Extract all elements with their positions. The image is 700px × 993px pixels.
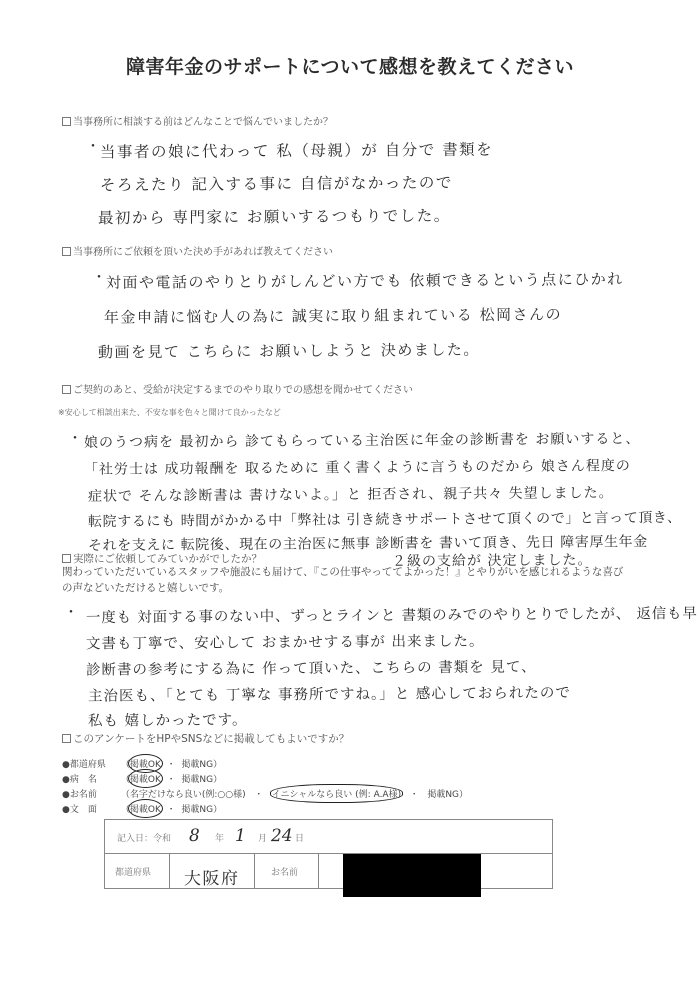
prefecture-label-cell: 都道府県 bbox=[105, 854, 170, 888]
prefecture-value-cell[interactable]: 大阪府 bbox=[170, 854, 255, 888]
date-label: 記入日：令和 bbox=[117, 831, 171, 844]
redacted-name-block bbox=[343, 854, 481, 897]
bullet-icon: ・ bbox=[92, 267, 106, 287]
question-4-description: 関わっていただいているスタッフや施設にも届けて、『この仕事やっててよかった！』と… bbox=[62, 564, 623, 596]
question-2: 当事務所にご依頼を頂いた決め手があれば教えてください bbox=[62, 243, 333, 258]
answer-4-line-2: 文書も丁寧で、安心して おまかせする事が 出来ました。 bbox=[86, 630, 485, 654]
consent-prefecture-ng[interactable]: 掲載NG） bbox=[181, 760, 222, 770]
name-label-cell: お名前 bbox=[255, 854, 319, 888]
answer-3-line-4: 転院するにも 時間がかかる中「弊社は 引き続きサポートさせて頂くので」と言って頂… bbox=[88, 507, 682, 531]
date-year[interactable]: 8 bbox=[189, 826, 201, 846]
bullet-icon: ・ bbox=[68, 428, 82, 448]
consent-disease-ok[interactable]: 掲載OK bbox=[128, 769, 163, 788]
answer-4-line-1: 一度も 対面する事のない中、ずっとラインと 書類のみでのやりとりでしたが、 返信… bbox=[86, 602, 700, 627]
bullet-icon: ・ bbox=[64, 602, 78, 622]
consent-prefecture: ●都道府県 （掲載OK ・ 掲載NG） bbox=[62, 757, 222, 770]
consent-question: このアンケートをHPやSNSなどに掲載してもよいですか？ bbox=[62, 731, 349, 746]
checkbox-icon bbox=[62, 734, 71, 743]
checkbox-icon bbox=[62, 117, 71, 126]
consent-name-ng[interactable]: 掲載NG） bbox=[427, 790, 468, 800]
date-row: 記入日：令和 8 年 1 月 24 日 bbox=[105, 820, 552, 854]
date-month[interactable]: 1 bbox=[235, 826, 247, 846]
answer-1-line-3: 最初から 専門家に お願いするつもりでした。 bbox=[98, 204, 451, 228]
answer-1-line-2: そろえたり 記入する事に 自信がなかったので bbox=[100, 171, 453, 195]
consent-name-initial[interactable]: イニシャルなら良い (例: A.A様) bbox=[270, 784, 403, 803]
checkbox-icon bbox=[62, 247, 71, 256]
checkbox-icon bbox=[62, 554, 71, 563]
consent-text-ng[interactable]: 掲載NG） bbox=[181, 805, 222, 815]
answer-2-line-1: 対面や電話のやりとりがしんどい方でも 依頼できるという点にひかれ bbox=[106, 268, 624, 293]
answer-4-line-5: 私も 嬉しかったです。 bbox=[88, 708, 248, 730]
answer-3-line-1: 娘のうつ病を 最初から 診てもらっている主治医に年金の診断書を お願いすると、 bbox=[84, 428, 640, 452]
consent-name: ●お名前 （名字だけなら良い(例:○○様) ・ イニシャルなら良い (例: A.… bbox=[62, 787, 468, 800]
consent-text-ok[interactable]: 掲載OK bbox=[128, 799, 163, 818]
answer-4-line-4: 主治医も、「とても 丁寧な 事務所ですね。」と 感心しておられたので bbox=[88, 681, 571, 705]
answer-2-line-3: 動画を見て こちらに お願いしようと 決めました。 bbox=[98, 339, 480, 363]
info-row: 都道府県 大阪府 お名前 bbox=[105, 854, 552, 888]
answer-2-line-2: 年金申請に悩む人の為に 誠実に取り組まれている 松岡さんの bbox=[104, 303, 562, 327]
prefecture-value: 大阪府 bbox=[184, 864, 240, 889]
entry-form-table: 記入日：令和 8 年 1 月 24 日 都道府県 大阪府 お名前 bbox=[104, 819, 553, 889]
date-day[interactable]: 24 bbox=[271, 826, 293, 846]
checkbox-icon bbox=[62, 385, 71, 394]
answer-3-line-2: 「社労士は 成功報酬を 取るために 重く書くように言うものだから 娘さん程度の bbox=[84, 455, 631, 479]
question-3: ご契約のあと、受給が決定するまでのやり取りでの感想を聞かせてください bbox=[62, 381, 413, 396]
page-title: 障害年金のサポートについて感想を教えてください bbox=[0, 52, 700, 79]
consent-text: ●文 面 （掲載OK ・ 掲載NG） bbox=[62, 802, 222, 815]
answer-1-line-1: 当事者の娘に代わって 私（母親）が 自分で 書類を bbox=[100, 138, 493, 163]
question-3-note: ※安心して相談出来た、不安な事を色々と聞けて良かったなど bbox=[58, 407, 281, 418]
consent-disease: ●病 名 （掲載OK ・ 掲載NG） bbox=[62, 772, 222, 785]
answer-3-line-3: 症状で そんな診断書は 書けないよ。」と 拒否され、親子共々 失望しました。 bbox=[88, 482, 614, 506]
bullet-icon: ・ bbox=[86, 136, 100, 156]
consent-disease-ng[interactable]: 掲載NG） bbox=[181, 775, 222, 785]
question-1: 当事務所に相談する前はどんなことで悩んでいましたか？ bbox=[62, 113, 333, 128]
answer-4-line-3: 診断書の参考にする為に 作って頂いた、こちらの 書類を 見て、 bbox=[86, 655, 537, 679]
